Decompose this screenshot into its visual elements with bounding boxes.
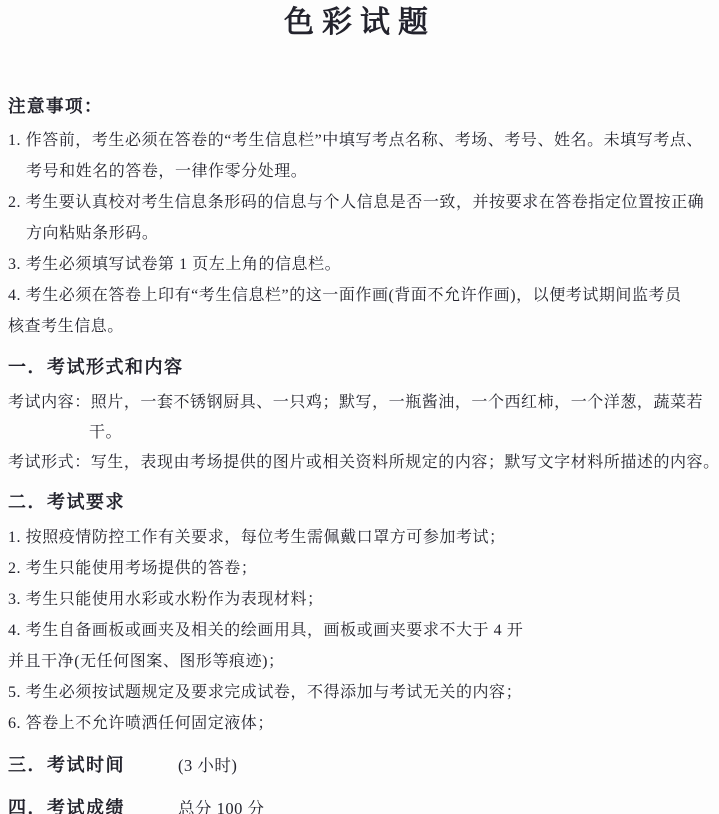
exam-content-paragraph: 考试内容：照片，一套不锈钢厨具、一只鸡；默写，一瓶酱油，一个西红柿，一个洋葱，蔬…	[8, 388, 712, 478]
requirement-item-1: 1. 按照疫情防控工作有关要求，每位考生需佩戴口罩方可参加考试；	[8, 522, 712, 553]
exam-score-row: 四．考试成绩 总分 100 分	[8, 795, 712, 814]
requirements-list: 1. 按照疫情防控工作有关要求，每位考生需佩戴口罩方可参加考试； 2. 考生只能…	[8, 522, 712, 739]
requirement-line: 2. 考生只能使用考场提供的答卷；	[8, 553, 712, 584]
requirement-line: 并且干净(无任何图案、图形等痕迹)；	[8, 646, 712, 677]
exam-score-value: 总分 100 分	[178, 796, 265, 814]
note-item-4: 4. 考生必须在答卷上印有“考生信息栏”的这一面作画(背面不允许作画)，以便考试…	[8, 280, 712, 342]
paragraph-line: 干。	[8, 418, 712, 448]
section-heading-exam-requirements: 二．考试要求	[8, 489, 712, 515]
note-line: 核查考生信息。	[8, 311, 712, 342]
requirement-item-2: 2. 考生只能使用考场提供的答卷；	[8, 553, 712, 584]
note-item-2: 2. 考生要认真校对考生信息条形码的信息与个人信息是否一致，并按要求在答卷指定位…	[8, 187, 712, 249]
note-line: 方向粘贴条形码。	[8, 218, 712, 249]
note-line: 3. 考生必须填写试卷第 1 页左上角的信息栏。	[8, 249, 712, 280]
notes-heading: 注意事项：	[8, 95, 712, 117]
section-heading-exam-time: 三．考试时间	[8, 752, 178, 778]
page-title: 色彩试题	[8, 0, 712, 43]
note-line: 4. 考生必须在答卷上印有“考生信息栏”的这一面作画(背面不允许作画)，以便考试…	[8, 280, 712, 311]
section-heading-exam-score: 四．考试成绩	[8, 795, 178, 814]
requirement-item-4: 4. 考生自备画板或画夹及相关的绘画用具，画板或画夹要求不大于 4 开 并且干净…	[8, 615, 712, 677]
requirement-line: 4. 考生自备画板或画夹及相关的绘画用具，画板或画夹要求不大于 4 开	[8, 615, 712, 646]
requirement-item-6: 6. 答卷上不允许喷洒任何固定液体；	[8, 708, 712, 739]
exam-paper-page: 色彩试题 注意事项： 1. 作答前，考生必须在答卷的“考生信息栏”中填写考点名称…	[0, 0, 719, 814]
note-item-3: 3. 考生必须填写试卷第 1 页左上角的信息栏。	[8, 249, 712, 280]
note-line: 2. 考生要认真校对考生信息条形码的信息与个人信息是否一致，并按要求在答卷指定位…	[8, 187, 712, 218]
exam-time-row: 三．考试时间 (3 小时)	[8, 752, 712, 779]
exam-format-line: 考试形式：写生，表现由考场提供的图片或相关资料所规定的内容；默写文字材料所描述的…	[8, 448, 712, 478]
note-item-1: 1. 作答前，考生必须在答卷的“考生信息栏”中填写考点名称、考场、考号、姓名。未…	[8, 125, 712, 187]
requirement-line: 3. 考生只能使用水彩或水粉作为表现材料；	[8, 584, 712, 615]
requirement-item-5: 5. 考生必须按试题规定及要求完成试卷，不得添加与考试无关的内容；	[8, 677, 712, 708]
requirement-line: 5. 考生必须按试题规定及要求完成试卷，不得添加与考试无关的内容；	[8, 677, 712, 708]
requirement-line: 1. 按照疫情防控工作有关要求，每位考生需佩戴口罩方可参加考试；	[8, 522, 712, 553]
note-line: 1. 作答前，考生必须在答卷的“考生信息栏”中填写考点名称、考场、考号、姓名。未…	[8, 125, 712, 156]
notes-list: 1. 作答前，考生必须在答卷的“考生信息栏”中填写考点名称、考场、考号、姓名。未…	[8, 125, 712, 342]
section-heading-exam-format-content: 一．考试形式和内容	[8, 354, 712, 380]
requirement-line: 6. 答卷上不允许喷洒任何固定液体；	[8, 708, 712, 739]
note-line: 考号和姓名的答卷，一律作零分处理。	[8, 156, 712, 187]
paragraph-line: 考试内容：照片，一套不锈钢厨具、一只鸡；默写，一瓶酱油，一个西红柿，一个洋葱，蔬…	[8, 388, 712, 418]
requirement-item-3: 3. 考生只能使用水彩或水粉作为表现材料；	[8, 584, 712, 615]
exam-time-value: (3 小时)	[178, 753, 237, 779]
